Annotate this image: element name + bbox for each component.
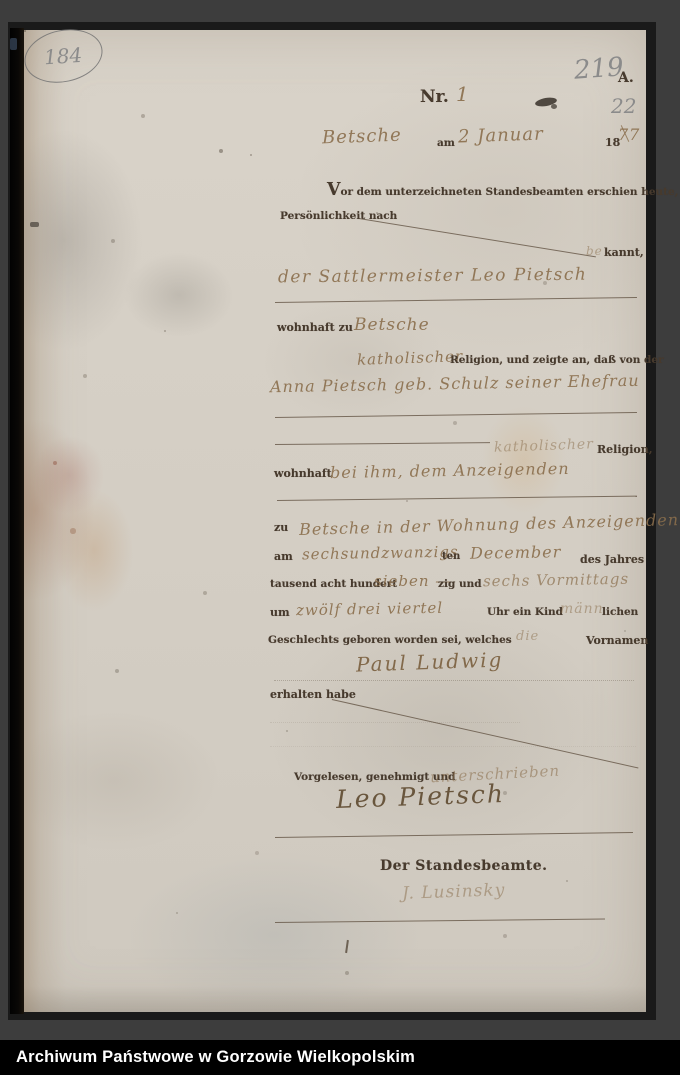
des-jahres-label: des Jahres (580, 553, 644, 566)
time-entry: zwölf drei viertel (296, 599, 443, 620)
archive-name: Archiwum Państwowe w Gorzowie Wielkopols… (0, 1040, 680, 1075)
month-entry: December (470, 542, 562, 563)
registry-page: 184 219 A. 22 Nr. 1 Betsche am 2 Januar … (24, 30, 646, 1012)
known-hand: be (586, 244, 603, 258)
oval-number: 184 (44, 43, 84, 70)
scanned-document-viewer: 184 219 A. 22 Nr. 1 Betsche am 2 Januar … (0, 0, 680, 1075)
ink-blot-small (551, 104, 557, 109)
rule-line (275, 297, 637, 303)
rule-line (275, 919, 605, 923)
geschlechts-label: Geschlechts geboren worden sei, welches (268, 634, 512, 646)
rule-line (275, 832, 633, 838)
page-edge-mark (30, 222, 39, 227)
religion2-label: Religion, (597, 443, 653, 456)
registration-place-hand: Betsche (322, 125, 402, 149)
article-entry: die (516, 629, 539, 644)
zig-und-label: zig und (438, 578, 482, 590)
binding-blue-mark (10, 38, 17, 50)
um-label: um (270, 606, 290, 619)
intro-line1: Vor dem unterzeichneten Standesbeamten e… (327, 180, 680, 200)
ten-label: ten (442, 551, 460, 562)
pencil-page-number: 219 (573, 52, 625, 85)
mother-entry: Anna Pietsch geb. Schulz seiner Ehefrau (270, 371, 640, 396)
wohnhaft-zu-label: wohnhaft zu (277, 321, 353, 334)
religion1-label: Religion, und zeigte an, daß von der (450, 354, 664, 366)
wohnhaft-bei-entry: bei ihm, dem Anzeigenden (330, 459, 570, 482)
archive-footer-bar: Archiwum Państwowe w Gorzowie Wielkopols… (0, 1040, 680, 1075)
units-entry: sechs Vormittags (483, 570, 629, 591)
registrar-signature: J. Lusinsky (402, 880, 506, 904)
am-label: am (437, 137, 455, 149)
wohnhaft-label: wohnhaft (274, 467, 332, 480)
declarant-entry: der Sattlermeister Leo Pietsch (278, 265, 587, 288)
residence-entry: Betsche (354, 315, 430, 335)
religion2-entry: katholischer (494, 436, 594, 455)
rule-line (277, 496, 637, 501)
book-binding-edge (10, 28, 24, 1014)
declarant-signature: Leo Pietsch (336, 779, 506, 814)
birthplace-entry: Betsche in der Wohnung des Anzeigenden (299, 510, 679, 539)
series-letter: A. (618, 70, 634, 86)
am2-label: am (274, 550, 293, 563)
record-number-value: 1 (456, 82, 470, 106)
rule-line (275, 412, 637, 418)
pencil-oval-mark: 184 (19, 22, 107, 89)
guide-dotted-line (270, 746, 636, 747)
gender-entry: männ (560, 601, 604, 617)
guide-dotted-line (274, 680, 634, 681)
registrar-heading: Der Standesbeamte. (380, 858, 548, 874)
paper-speckles (24, 30, 26, 32)
small-ink-stroke (345, 940, 349, 953)
erhalten-habe-label: erhalten habe (270, 688, 356, 701)
diagonal-fill-line (359, 218, 596, 257)
guide-dotted-line (270, 722, 520, 723)
religion1-entry: katholischer (357, 347, 464, 369)
rule-line-short (275, 442, 490, 445)
zu-label: zu (274, 521, 288, 534)
diagonal-fill-line (332, 699, 639, 768)
lichen-label: lichen (602, 606, 638, 618)
uhr-ein-kind-label: Uhr ein Kind (487, 606, 563, 618)
birthday-entry: sechsundzwanzigs (302, 543, 459, 564)
record-number-label: Nr. (420, 87, 449, 107)
registration-date-hand: 2 Januar (458, 124, 544, 148)
vornamen-label: Vornamen (586, 634, 648, 647)
known-printed: kannt, (604, 246, 644, 259)
child-names-entry: Paul Ludwig (356, 647, 504, 676)
pencil-sheet-number: 22 (611, 94, 636, 118)
intro-line2: Persönlichkeit nach (280, 210, 397, 222)
